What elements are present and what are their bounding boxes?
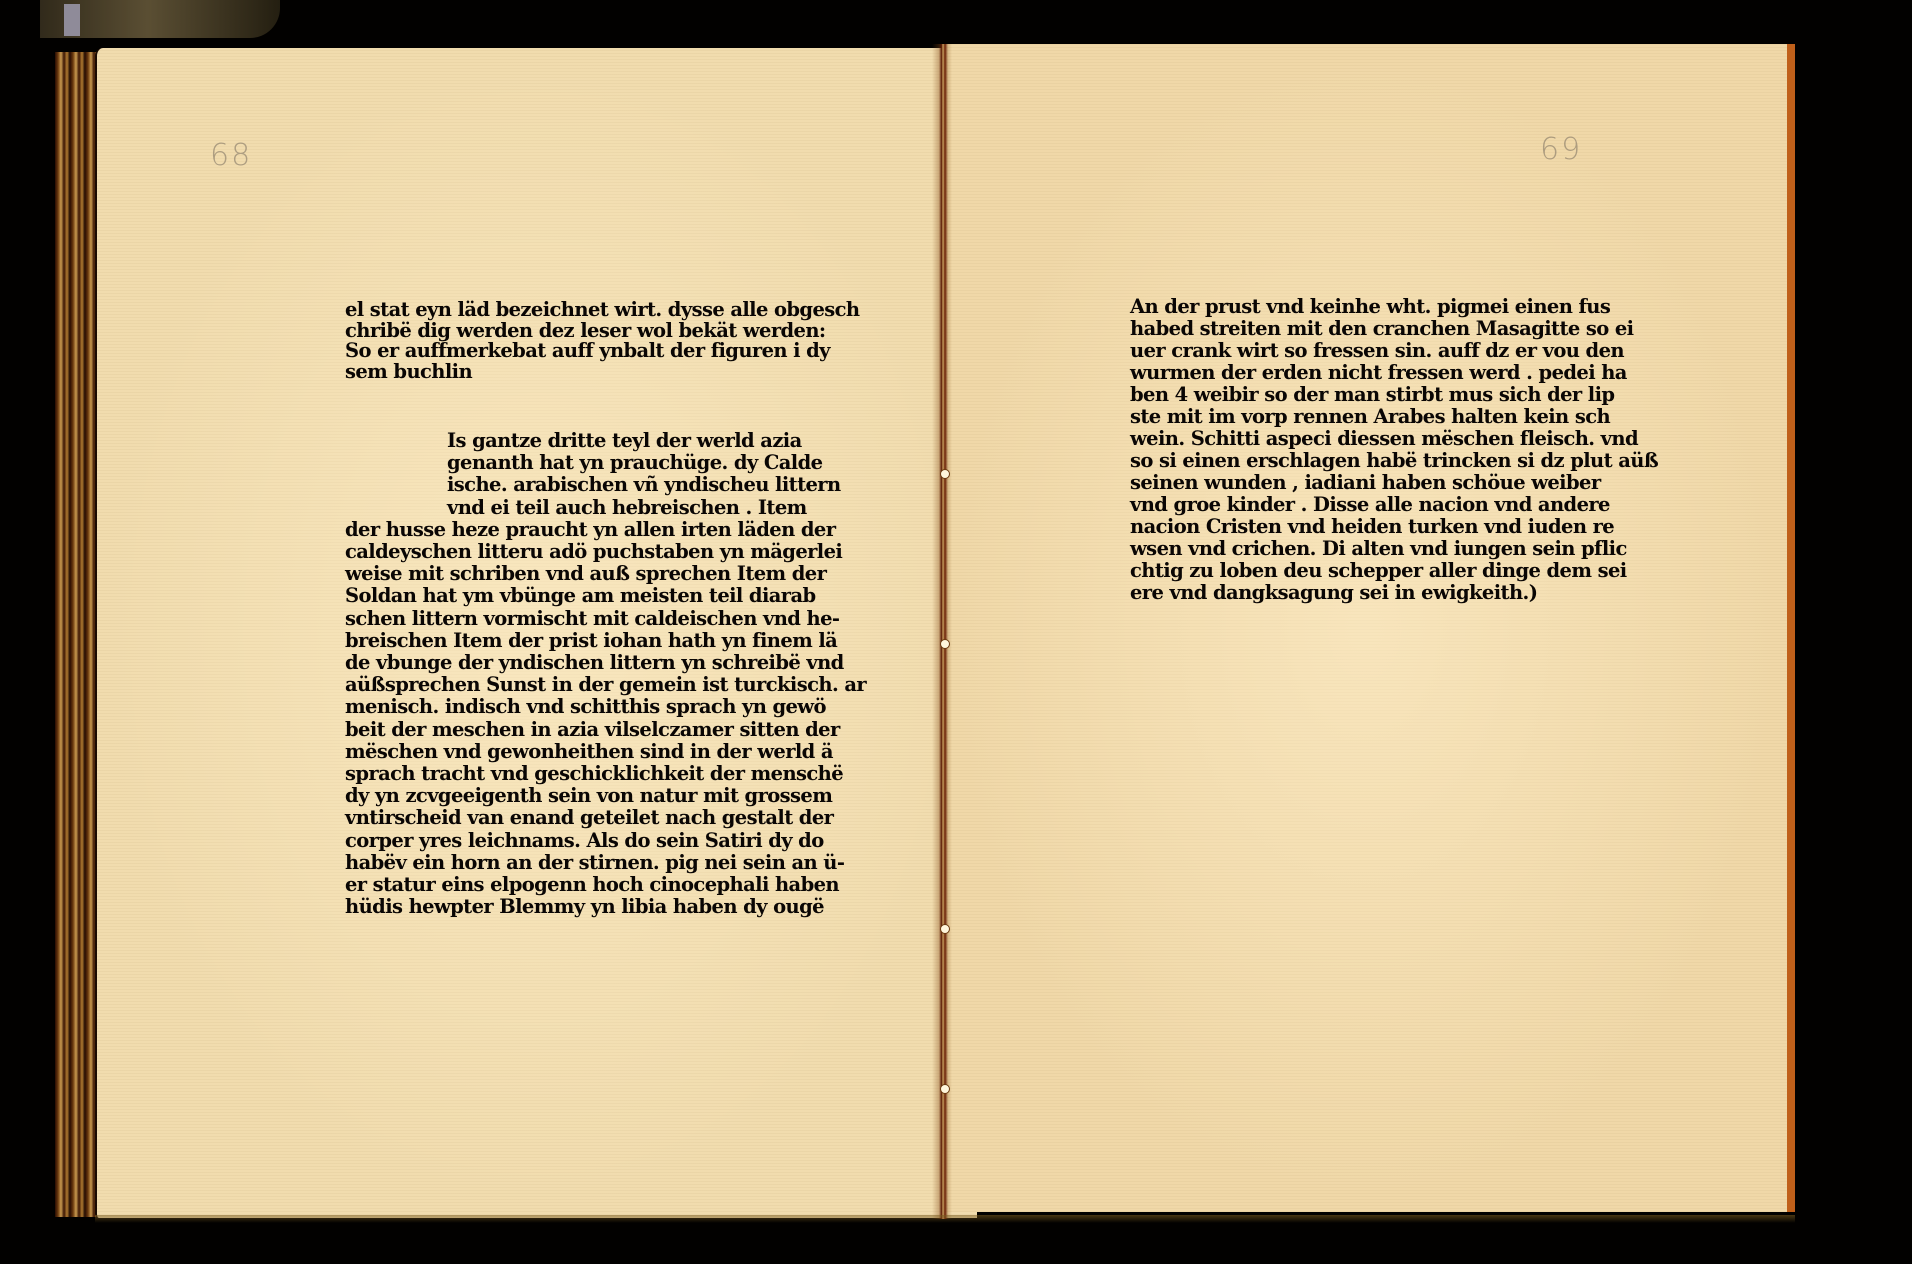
binding-stitch-icon xyxy=(940,469,950,479)
text-line: chtig zu loben deu schepper aller dinge … xyxy=(1130,560,1560,582)
text-line: breischen Item der prist iohan hath yn f… xyxy=(345,630,765,652)
text-line: genanth hat yn prauchüge. dy Calde xyxy=(345,452,765,474)
text-line: caldeyschen litteru adö puchstaben yn mä… xyxy=(345,541,765,563)
text-line: uer crank wirt so fressen sin. auff dz e… xyxy=(1130,340,1560,362)
text-line: habed streiten mit den cranchen Masagitt… xyxy=(1130,318,1560,340)
text-line: vntirscheid van enand geteilet nach gest… xyxy=(345,807,765,829)
text-line: vnd groe kinder . Disse alle nacion vnd … xyxy=(1130,494,1560,516)
text-line: dy yn zcvgeeigenth sein von natur mit gr… xyxy=(345,785,765,807)
text-line: sprach tracht vnd geschicklichkeit der m… xyxy=(345,763,765,785)
text-line: aüßsprechen Sunst in der gemein ist turc… xyxy=(345,674,765,696)
text-line: nacion Cristen vnd heiden turken vnd iud… xyxy=(1130,516,1560,538)
text-line: wsen vnd crichen. Di alten vnd iungen se… xyxy=(1130,538,1560,560)
text-line: er statur eins elpogenn hoch cinocephali… xyxy=(345,874,765,896)
text-line: beit der meschen in azia vilselczamer si… xyxy=(345,719,765,741)
text-line: corper yres leichnams. Als do sein Satir… xyxy=(345,830,765,852)
right-page xyxy=(942,44,1795,1212)
text-line: habëv ein horn an der stirnen. pig nei s… xyxy=(345,852,765,874)
text-line: wurmen der erden nicht fressen werd . pe… xyxy=(1130,362,1560,384)
text-line: sem buchlin xyxy=(345,362,765,383)
text-line: Soldan hat ym vbünge am meisten teil dia… xyxy=(345,585,765,607)
text-line: ste mit im vorp rennen Arabes halten kei… xyxy=(1130,406,1560,428)
text-line: So er auffmerkebat auff ynbalt der figur… xyxy=(345,341,765,362)
binding-stitch-icon xyxy=(940,639,950,649)
text-line: chribë dig werden dez leser wol bekät we… xyxy=(345,321,765,342)
text-line: vnd ei teil auch hebreischen . Item xyxy=(345,497,765,519)
text-line: ben 4 weibir so der man stirbt mus sich … xyxy=(1130,384,1560,406)
open-book xyxy=(55,44,1805,1224)
page-bottom-edge xyxy=(95,1215,1795,1223)
text-line: schen littern vormischt mit caldeischen … xyxy=(345,608,765,630)
text-line: so si einen erschlagen habë trincken si … xyxy=(1130,450,1560,472)
text-line: mëschen vnd gewonheithen sind in der wer… xyxy=(345,741,765,763)
text-line: weise mit schriben vnd auß sprechen Item… xyxy=(345,563,765,585)
text-line: der husse heze praucht yn allen irten lä… xyxy=(345,519,765,541)
binding-stitch-icon xyxy=(940,1084,950,1094)
page-number-left: 68 xyxy=(210,138,252,173)
text-line: el stat eyn läd bezeichnet wirt. dysse a… xyxy=(345,300,765,321)
text-line: hüdis hewpter Blemmy yn libia haben dy o… xyxy=(345,896,765,918)
left-paragraph-1: el stat eyn läd bezeichnet wirt. dysse a… xyxy=(345,300,765,382)
page-number-right: 69 xyxy=(1540,132,1582,167)
book-gutter-binding xyxy=(932,44,952,1219)
text-line: ische. arabischen vñ yndischeu littern xyxy=(345,474,765,496)
left-paragraph-2: Is gantze dritte teyl der werld azia gen… xyxy=(345,430,765,918)
scanner-top-strip xyxy=(40,0,280,38)
text-line: ere vnd dangksagung sei in ewigkeith.) xyxy=(1130,582,1560,604)
text-line: An der prust vnd keinhe wht. pigmei eine… xyxy=(1130,296,1560,318)
text-line: de vbunge der yndischen littern yn schre… xyxy=(345,652,765,674)
right-paragraph: An der prust vnd keinhe wht. pigmei eine… xyxy=(1130,296,1560,604)
scanner-calibration-tab xyxy=(64,4,80,36)
text-line: Is gantze dritte teyl der werld azia xyxy=(345,430,765,452)
text-line: wein. Schitti aspeci diessen mëschen fle… xyxy=(1130,428,1560,450)
text-line: seinen wunden , iadiani haben schöue wei… xyxy=(1130,472,1560,494)
text-line: menisch. indisch vnd schitthis sprach yn… xyxy=(345,696,765,718)
binding-stitch-icon xyxy=(940,924,950,934)
